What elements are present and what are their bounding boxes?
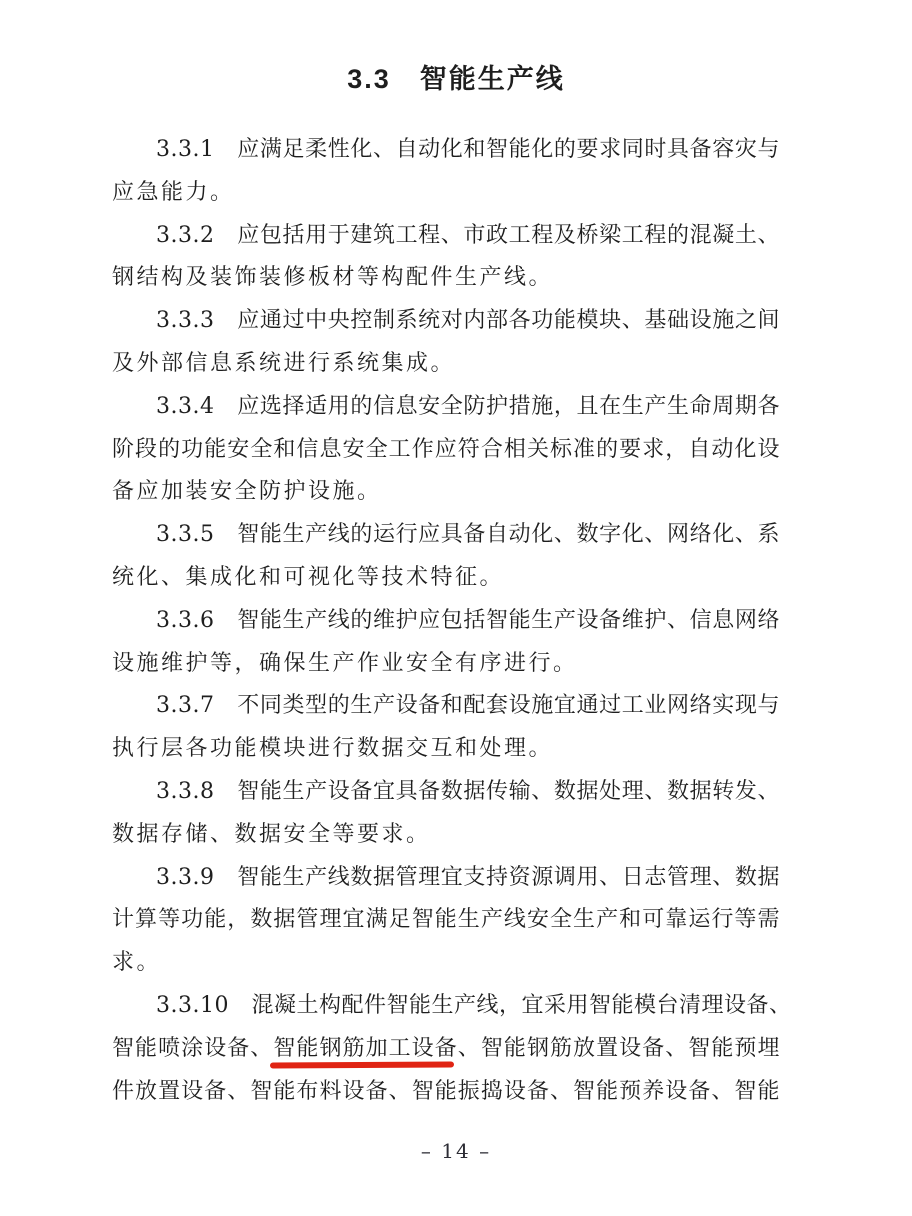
clause-3-3-10-line-3: 件放置设备、智能布料设备、智能振捣设备、智能预养设备、智能 (112, 1071, 780, 1114)
clause-3-3-4-line-1: 3.3.4 应选择适用的信息安全防护措施，且在生产生命周期各 (112, 386, 780, 429)
page-number: – 14 – (0, 1136, 912, 1166)
clause-3-3-4-line-3: 备应加装安全防护设施。 (112, 471, 780, 514)
clause-3-3-5-line-2: 统化、集成化和可视化等技术特征。 (112, 557, 780, 600)
clause-3-3-1-line-1: 3.3.1 应满足柔性化、自动化和智能化的要求同时具备容灾与 (112, 129, 780, 172)
clause-3-3-6-line-2: 设施维护等，确保生产作业安全有序进行。 (112, 643, 780, 686)
clause-3-3-3-line-1: 3.3.3 应通过中央控制系统对内部各功能模块、基础设施之间 (112, 300, 780, 343)
clause-3-3-2-line-2: 钢结构及装饰装修板材等构配件生产线。 (112, 257, 780, 300)
red-underline-annotation (270, 1061, 454, 1068)
clause-3-3-10-line-2: 智能喷涂设备、智能钢筋加工设备、智能钢筋放置设备、智能预埋 (112, 1028, 780, 1071)
section-heading: 3.3 智能生产线 (0, 60, 912, 98)
text-before-mark: 智能喷涂设备、 (112, 1036, 273, 1061)
clause-3-3-8-line-1: 3.3.8 智能生产设备宜具备数据传输、数据处理、数据转发、 (112, 771, 780, 814)
clause-3-3-4-line-2: 阶段的功能安全和信息安全工作应符合相关标准的要求，自动化设 (112, 429, 780, 472)
clause-3-3-6-line-1: 3.3.6 智能生产线的维护应包括智能生产设备维护、信息网络 (112, 600, 780, 643)
clause-3-3-1-line-2: 应急能力。 (112, 172, 780, 215)
clause-3-3-2-line-1: 3.3.2 应包括用于建筑工程、市政工程及桥梁工程的混凝土、 (112, 215, 780, 258)
document-body: 3.3.1 应满足柔性化、自动化和智能化的要求同时具备容灾与 应急能力。 3.3… (112, 129, 780, 1113)
clause-3-3-8-line-2: 数据存储、数据安全等要求。 (112, 814, 780, 857)
clause-3-3-3-line-2: 及外部信息系统进行系统集成。 (112, 343, 780, 386)
marked-text: 智能钢筋加工设备、 (273, 1036, 480, 1061)
clause-3-3-9-line-3: 求。 (112, 942, 780, 985)
clause-3-3-9-line-2: 计算等功能，数据管理宜满足智能生产线安全生产和可靠运行等需 (112, 899, 780, 942)
clause-3-3-7-line-2: 执行层各功能模块进行数据交互和处理。 (112, 728, 780, 771)
clause-3-3-7-line-1: 3.3.7 不同类型的生产设备和配套设施宜通过工业网络实现与 (112, 685, 780, 728)
red-underlined-text: 智能钢筋加工设备、 (273, 1036, 480, 1061)
document-page: 3.3 智能生产线 3.3.1 应满足柔性化、自动化和智能化的要求同时具备容灾与… (0, 0, 912, 1216)
clause-3-3-9-line-1: 3.3.9 智能生产线数据管理宜支持资源调用、日志管理、数据 (112, 857, 780, 900)
clause-3-3-10-line-1: 3.3.10 混凝土构配件智能生产线，宜采用智能模台清理设备、 (112, 985, 780, 1028)
clause-3-3-5-line-1: 3.3.5 智能生产线的运行应具备自动化、数字化、网络化、系 (112, 514, 780, 557)
text-after-mark: 智能钢筋放置设备、智能预埋 (481, 1036, 780, 1061)
